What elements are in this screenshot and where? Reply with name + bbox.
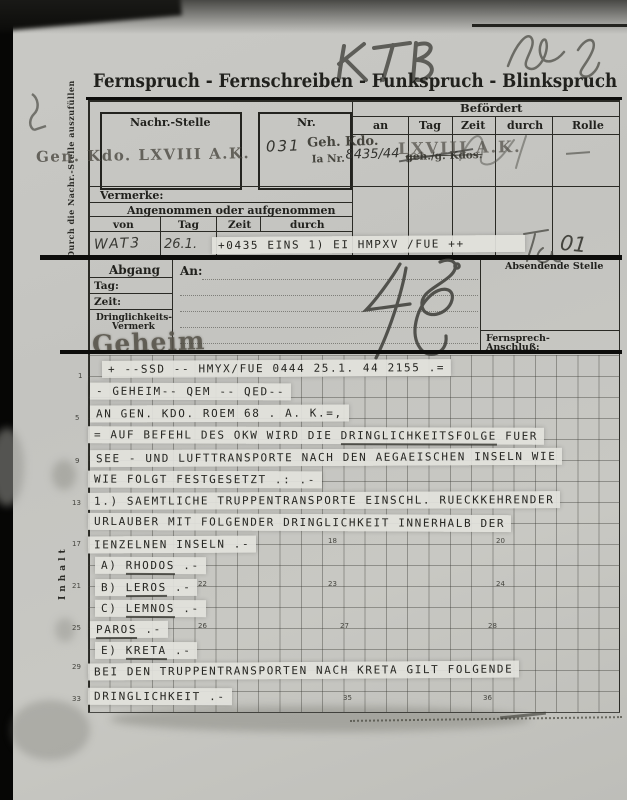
befoerdert-col-rolle: Rolle [572, 119, 604, 132]
message-line: E) KRETA .- [95, 642, 198, 659]
angenommen-col-tag: Tag [178, 219, 199, 231]
nr-value-handwritten: 031 [266, 136, 301, 155]
message-line: DRINGLICHKEIT .- [88, 688, 232, 706]
grid-number: 18 [328, 537, 337, 545]
nachr-stelle-label: Nachr.-Stelle [130, 116, 210, 129]
handwritten-48 [356, 256, 471, 361]
grid-number: 35 [343, 694, 352, 702]
rolle-mark-handwritten: 01 [559, 231, 588, 258]
message-line: PAROS .- [90, 621, 168, 638]
grid-number: 24 [496, 580, 505, 588]
ang-div-1 [160, 216, 161, 255]
row-number: 25 [72, 624, 81, 632]
message-line: A) RHODOS .- [95, 557, 206, 574]
abgang-rule-1 [88, 277, 172, 278]
message-line: WIE FOLGT FESTGESETZT .: .- [88, 471, 322, 489]
absendende-label: Absendende Stelle [505, 261, 603, 272]
message-line: C) LEMNOS .- [95, 600, 206, 617]
separator-2 [60, 350, 622, 354]
message-line: = AUF BEFEHL DES OKW WIRD DIE DRINGLICHK… [88, 426, 544, 445]
befoerdert-left-line [352, 100, 353, 255]
scanned-telegram-form: Fernspruch - Fernschreiben - Funkspruch … [0, 0, 627, 800]
rule-216 [88, 216, 352, 217]
row-number: 17 [72, 540, 81, 548]
row-number: 21 [72, 582, 81, 590]
fernsprech-rule [480, 330, 619, 331]
message-line: SEE - UND LUFTTRANSPORTE NACH DEN AEGAEI… [90, 448, 563, 467]
vermerke-label: Vermerke: [100, 189, 163, 202]
scan-border-left [0, 0, 13, 800]
form-title: Fernspruch - Fernschreiben - Funkspruch … [93, 70, 617, 92]
message-line: + --SSD -- HMYX/FUE 0444 25.1. 44 2155 .… [102, 359, 451, 378]
an-label: An: [180, 264, 202, 278]
rolle-dash-mark [566, 151, 590, 155]
abgang-rule-2 [88, 293, 172, 294]
befoerdert-col-tag: Tag [419, 119, 441, 132]
scan-bottom-left-smudge [10, 700, 90, 760]
message-line: 1.) SAEMTLICHE TRUPPENTRANSPORTE EINSCHL… [88, 491, 561, 510]
geh-kdo-stamp-ia-nr: Ia Nr. [311, 153, 345, 166]
rule-202 [88, 202, 352, 203]
row-number: 13 [72, 499, 81, 507]
scan-blob-left [0, 428, 24, 506]
befoerdert-title: Befördert [460, 101, 522, 115]
row-number: 9 [75, 457, 79, 465]
scan-blot-ring-1 [52, 460, 76, 490]
row-number: 1 [78, 372, 82, 380]
befoerdert-col-an: an [373, 119, 388, 132]
grid-number: 28 [488, 622, 497, 630]
message-line: B) LEROS .- [95, 579, 198, 596]
stamp-nr-value-handwritten: 8435/44 [345, 146, 399, 162]
inhalt-vertical-label: Inhalt [58, 545, 68, 600]
rule-186 [88, 186, 620, 187]
angenommen-col-von: von [113, 219, 134, 231]
message-line: AN GEN. KDO. ROEM 68 . A. K.=, [90, 405, 349, 423]
grid-number: 26 [198, 622, 207, 630]
grid-number: 36 [483, 694, 492, 702]
tag-value-handwritten: 26.1. [164, 237, 197, 252]
grid-number: 20 [496, 537, 505, 545]
abgang-zeit-label: Zeit: [94, 296, 121, 308]
nr-label: Nr. [297, 116, 316, 129]
row-number: 29 [72, 663, 81, 671]
abgang-label: Abgang [109, 263, 160, 277]
message-line: IENZELNEN INSELN .- [88, 536, 256, 554]
rule-231 [88, 231, 352, 232]
separator-1 [40, 255, 622, 260]
von-value-handwritten: WAT3 [94, 235, 142, 253]
ang-div-3 [260, 216, 261, 231]
form-top-border [88, 100, 620, 102]
grid-number: 27 [340, 622, 349, 630]
angenommen-col-durch: durch [290, 219, 325, 231]
grid-number: 22 [198, 580, 207, 588]
row-number: 5 [75, 414, 79, 422]
abgang-tag-label: Tag: [94, 280, 119, 292]
angenommen-col-zeit: Zeit [228, 219, 251, 231]
received-strip: +0435 EINS 1) EI HMPXV /FUE ++ [212, 235, 525, 254]
message-line: BEI DEN TRUPPENTRANSPORTEN NACH KRETA GI… [88, 660, 519, 680]
message-line: - GEHEIM-- QEM -- QED-- [90, 383, 291, 401]
row-number: 33 [72, 695, 81, 703]
margin-note-vertical: Durch die Nachr.-Stelle auszufüllen [66, 80, 76, 258]
message-line: URLAUBER MIT FOLGENDER DRINGLICHKEIT INN… [88, 513, 511, 532]
absendende-box-line [480, 260, 481, 350]
befoerdert-title-rule [352, 116, 619, 117]
gen-kdo-stamp: Gen. Kdo. LXVIII A.K. [36, 144, 250, 166]
grid-number: 23 [328, 580, 337, 588]
abgang-rule-3 [88, 309, 172, 310]
